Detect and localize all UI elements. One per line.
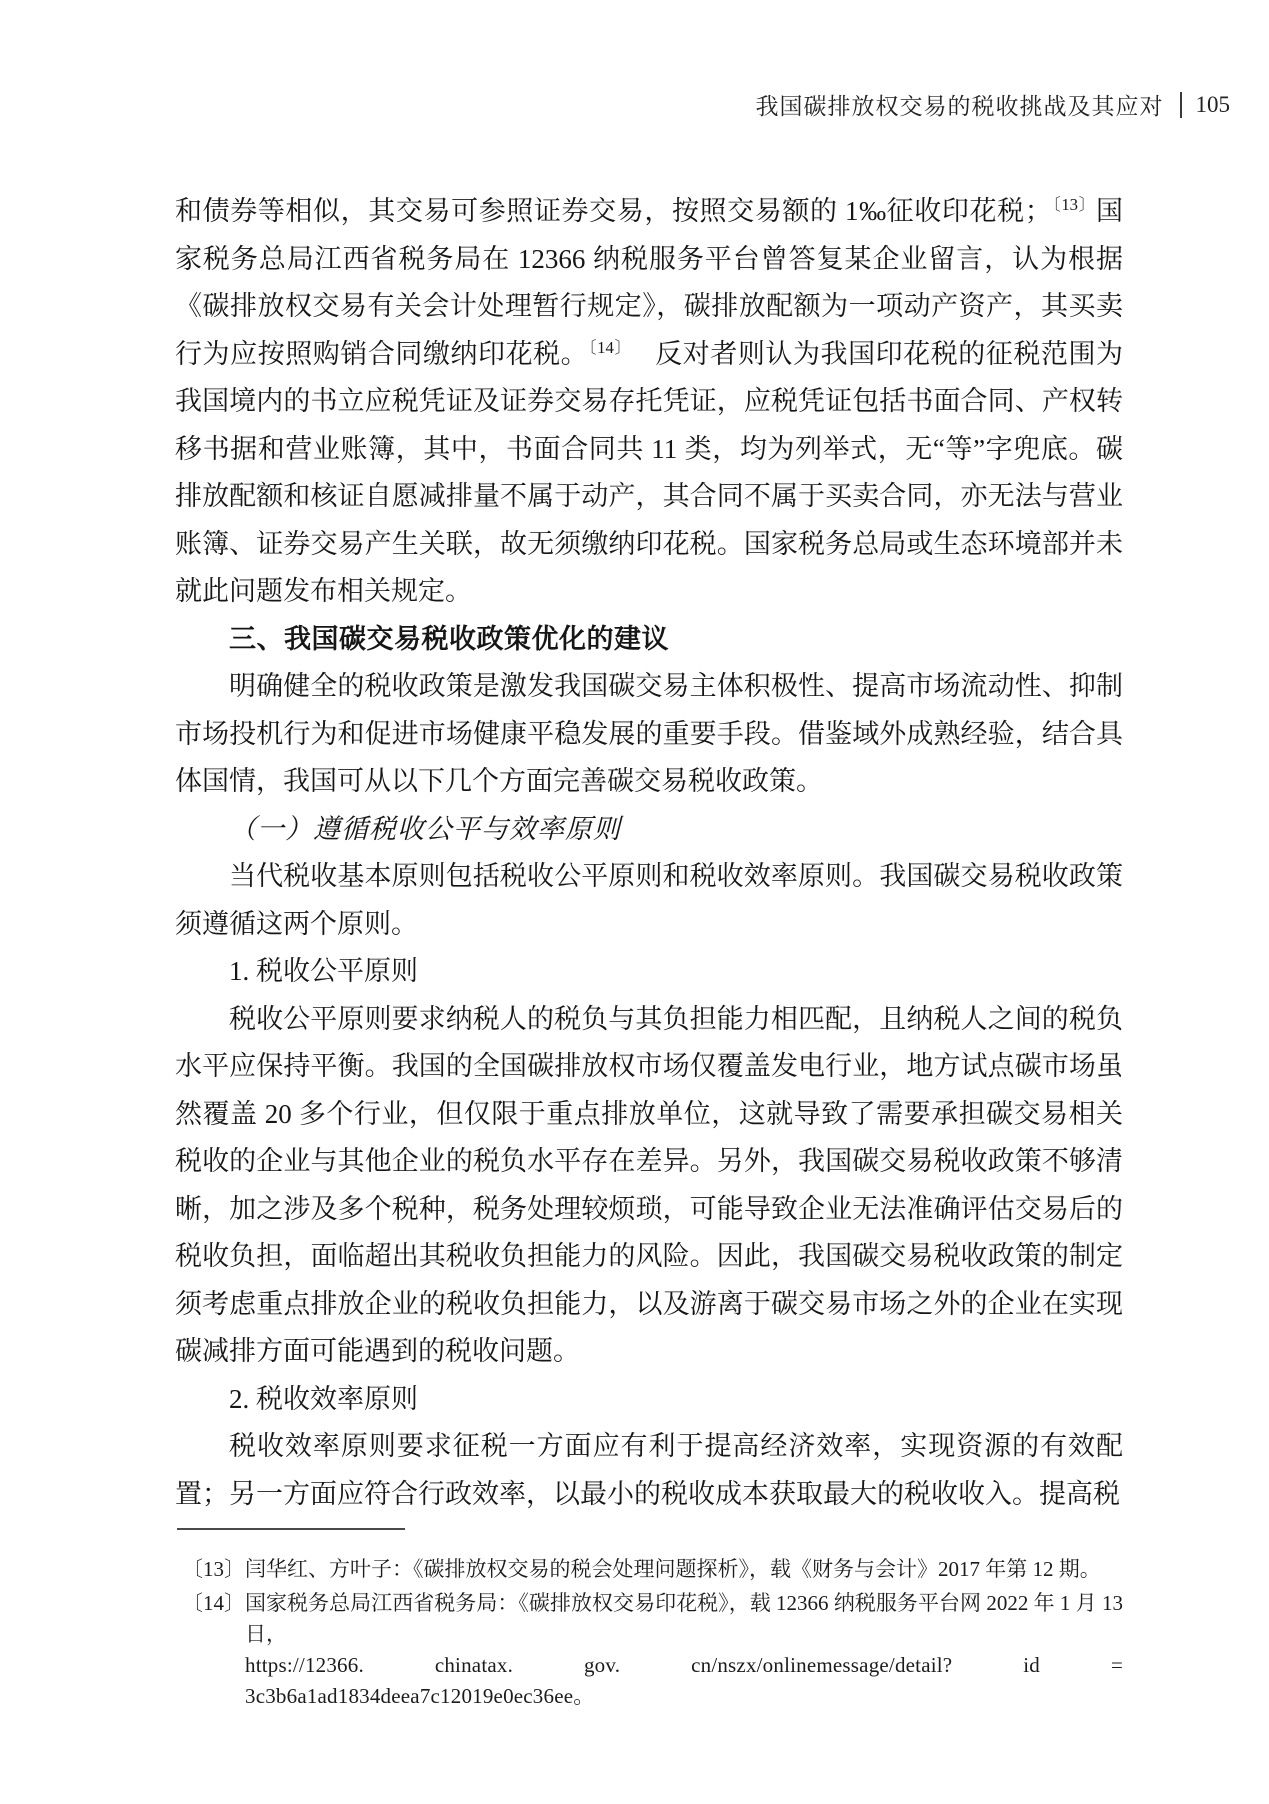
section-heading: 三、我国碳交易税收政策优化的建议	[175, 616, 1123, 664]
footnote-marker: 〔13〕	[182, 1554, 245, 1585]
paragraph-text: 和债券等相似，其交易可参照证券交易，按照交易额的 1‰征收印花税；	[175, 196, 1052, 226]
footnote-url: https://12366. chinatax. gov. cn/nszx/on…	[245, 1653, 1123, 1708]
page-header: 我国碳排放权交易的税收挑战及其应对 105	[175, 88, 1230, 121]
paragraph-policy-intro: 明确健全的税收政策是激发我国碳交易主体积极性、提高市场流动性、抑制市场投机行为和…	[175, 663, 1123, 806]
footnote-citation: 国家税务总局江西省税务局：《碳排放权交易印花税》，载 12366 纳税服务平台网…	[245, 1591, 1123, 1646]
footnote-marker: 〔14〕	[182, 1588, 245, 1619]
subsection-heading-fairness-efficiency: （一）遵循税收公平与效率原则	[175, 806, 1123, 854]
point-heading-fairness: 1. 税收公平原则	[175, 948, 1123, 996]
footnote-text: 闫华红、方叶子：《碳排放权交易的税会处理问题探析》，载《财务与会计》2017 年…	[245, 1554, 1123, 1585]
footnote-14: 〔14〕 国家税务总局江西省税务局：《碳排放权交易印花税》，载 12366 纳税…	[182, 1588, 1123, 1712]
footnote-ref-13: 〔13〕	[1052, 195, 1096, 214]
paragraph-efficiency-detail: 税收效率原则要求征税一方面应有利于提高经济效率，实现资源的有效配置；另一方面应符…	[175, 1423, 1123, 1518]
document-page: 我国碳排放权交易的税收挑战及其应对 105 和债券等相似，其交易可参照证券交易，…	[0, 0, 1269, 1804]
paragraph-stamp-tax: 和债券等相似，其交易可参照证券交易，按照交易额的 1‰征收印花税；〔13〕国家税…	[175, 188, 1123, 616]
body-text-block: 和债券等相似，其交易可参照证券交易，按照交易额的 1‰征收印花税；〔13〕国家税…	[175, 188, 1123, 1518]
header-divider	[1180, 92, 1182, 118]
paragraph-fairness-detail: 税收公平原则要求纳税人的税负与其负担能力相匹配，且纳税人之间的税负水平应保持平衡…	[175, 996, 1123, 1376]
footnotes-section: 〔13〕 闫华红、方叶子：《碳排放权交易的税会处理问题探析》，载《财务与会计》2…	[175, 1528, 1123, 1715]
footnote-ref-14: 〔14〕	[588, 338, 631, 357]
footnote-text: 国家税务总局江西省税务局：《碳排放权交易印花税》，载 12366 纳税服务平台网…	[245, 1588, 1123, 1712]
point-heading-efficiency: 2. 税收效率原则	[175, 1376, 1123, 1424]
footnote-separator	[177, 1528, 405, 1530]
page-number: 105	[1196, 92, 1231, 118]
paragraph-text: 反对者则认为我国印花税的征税范围为我国境内的书立应税凭证及证券交易存托凭证，应税…	[175, 339, 1123, 607]
paragraph-principles: 当代税收基本原则包括税收公平原则和税收效率原则。我国碳交易税收政策须遵循这两个原…	[175, 853, 1123, 948]
running-title: 我国碳排放权交易的税收挑战及其应对	[756, 88, 1164, 121]
footnote-13: 〔13〕 闫华红、方叶子：《碳排放权交易的税会处理问题探析》，载《财务与会计》2…	[182, 1554, 1123, 1585]
